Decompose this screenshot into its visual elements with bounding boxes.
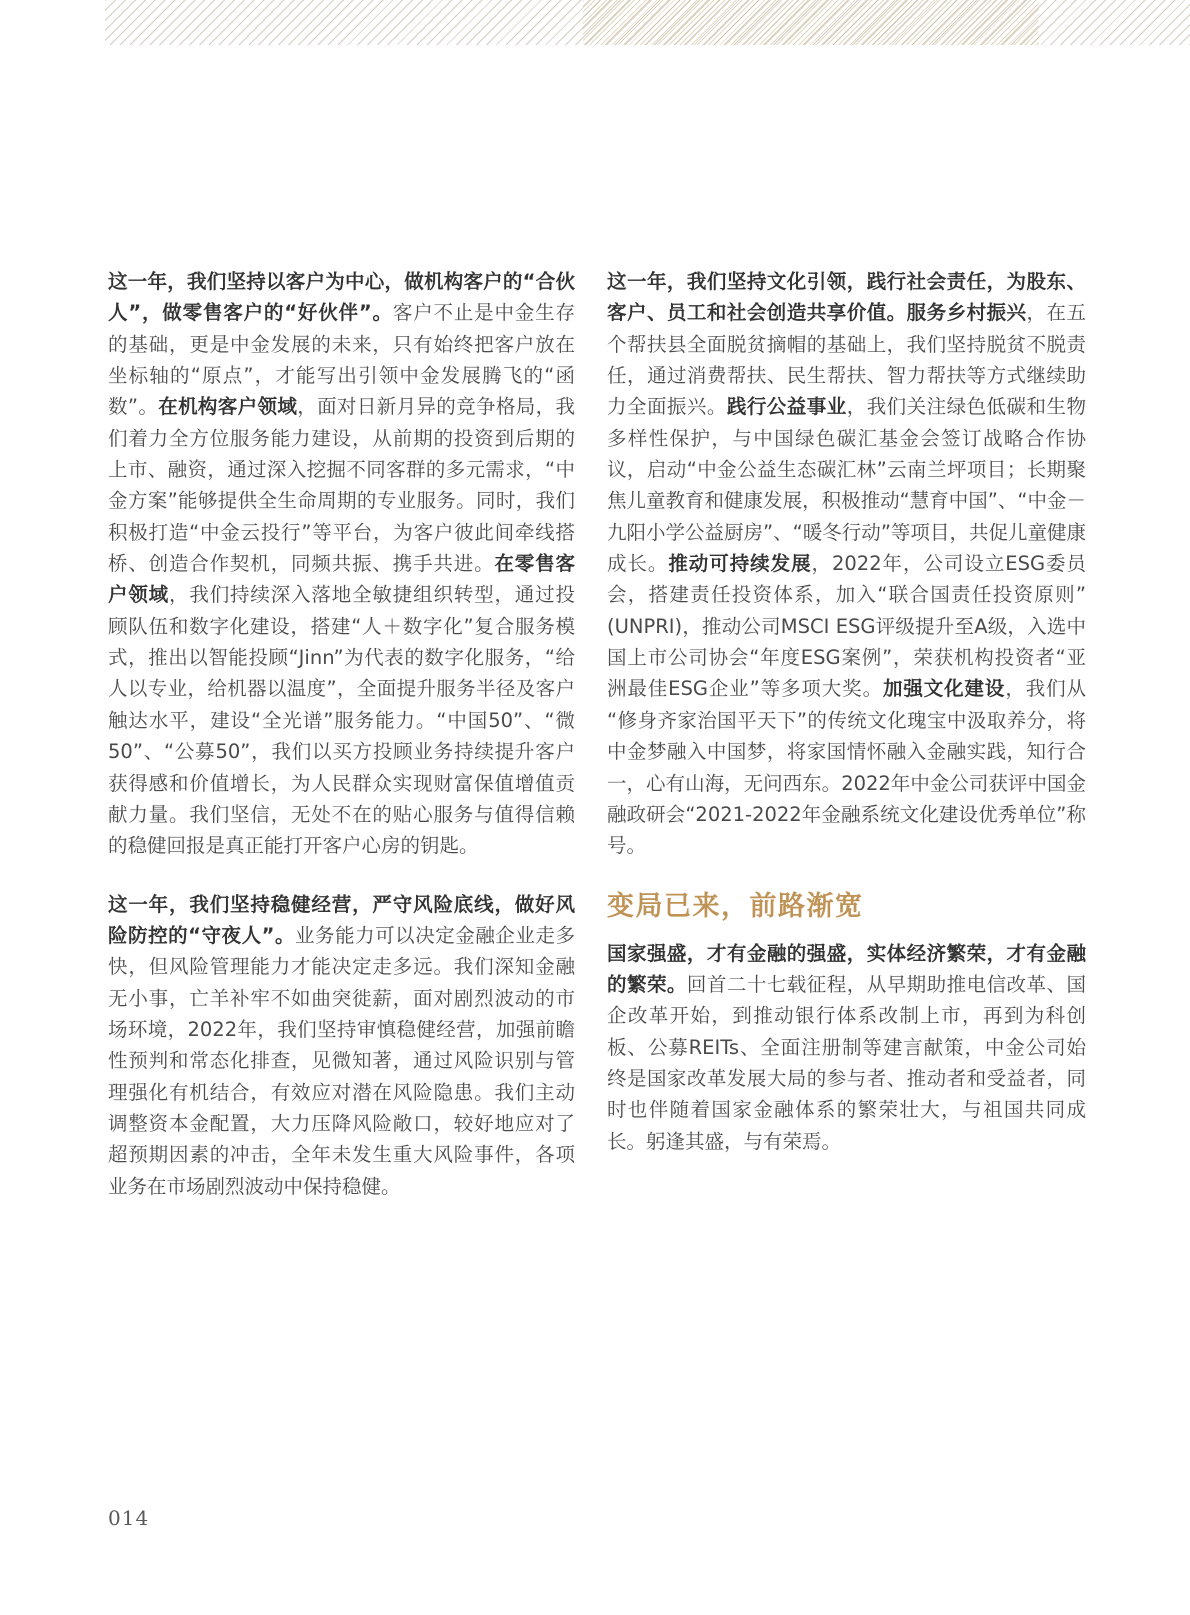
page-number: 014 (108, 1506, 149, 1530)
left-column: 这一年，我们坚持以客户为中心，做机构客户的“合伙人”，做零售客户的“好伙伴”。客… (108, 266, 575, 1229)
right-paragraph-2: 国家强盛，才有金融的强盛，实体经济繁荣，才有金融的繁荣。回首二十七载征程，从早期… (607, 938, 1086, 1157)
left-paragraph-1: 这一年，我们坚持以客户为中心，做机构客户的“合伙人”，做零售客户的“好伙伴”。客… (108, 266, 575, 862)
right-paragraph-1: 这一年，我们坚持文化引领，践行社会责任，为股东、客户、员工和社会创造共享价值。服… (607, 266, 1086, 862)
decorative-hatch-band (105, 0, 1190, 45)
report-page: 这一年，我们坚持以客户为中心，做机构客户的“合伙人”，做零售客户的“好伙伴”。客… (0, 0, 1190, 1615)
section-heading: 变局已来，前路渐宽 (607, 889, 1086, 925)
right-column: 这一年，我们坚持文化引领，践行社会责任，为股东、客户、员工和社会创造共享价值。服… (607, 266, 1086, 1184)
left-paragraph-2: 这一年，我们坚持稳健经营，严守风险底线，做好风险防控的“守夜人”。业务能力可以决… (108, 889, 575, 1202)
